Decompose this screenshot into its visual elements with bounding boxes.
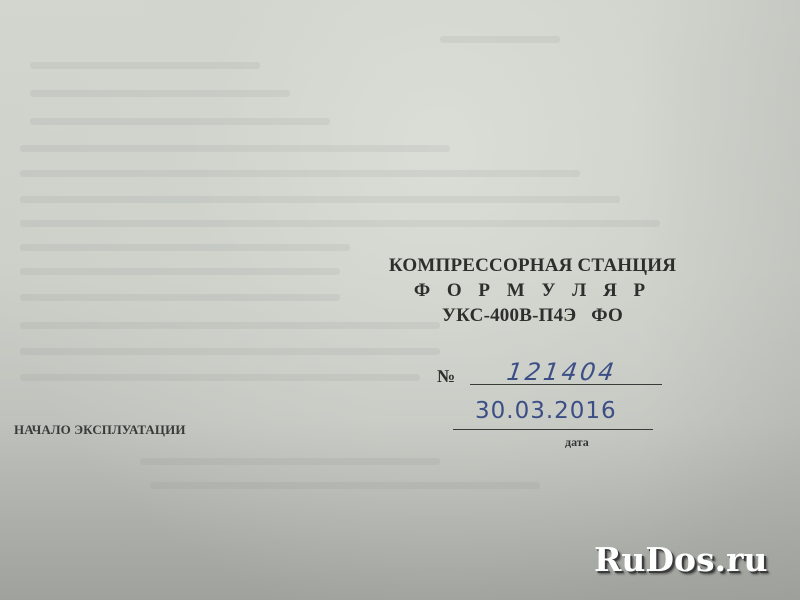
title-model: УКС-400В-П4Э ФО — [360, 303, 705, 328]
title-station: КОМПРЕССОРНАЯ СТАНЦИЯ — [360, 253, 705, 278]
title-formular: Ф О Р М У Л Я Р — [360, 278, 705, 303]
start-of-operation-label: НАЧАЛО ЭКСПЛУАТАЦИИ — [14, 422, 186, 438]
document-title-block: КОМПРЕССОРНАЯ СТАНЦИЯ Ф О Р М У Л Я Р УК… — [360, 253, 705, 328]
serial-number-field: № 121404 — [437, 360, 662, 390]
start-date-value: 30.03.2016 — [475, 398, 617, 424]
number-sign: № — [437, 366, 455, 387]
date-caption: дата — [565, 435, 589, 450]
date-underline — [453, 429, 653, 430]
start-date-field: 30.03.2016 — [453, 398, 653, 436]
watermark-logo: RuDos.ru — [594, 540, 768, 579]
serial-number-value: 121404 — [505, 358, 619, 386]
